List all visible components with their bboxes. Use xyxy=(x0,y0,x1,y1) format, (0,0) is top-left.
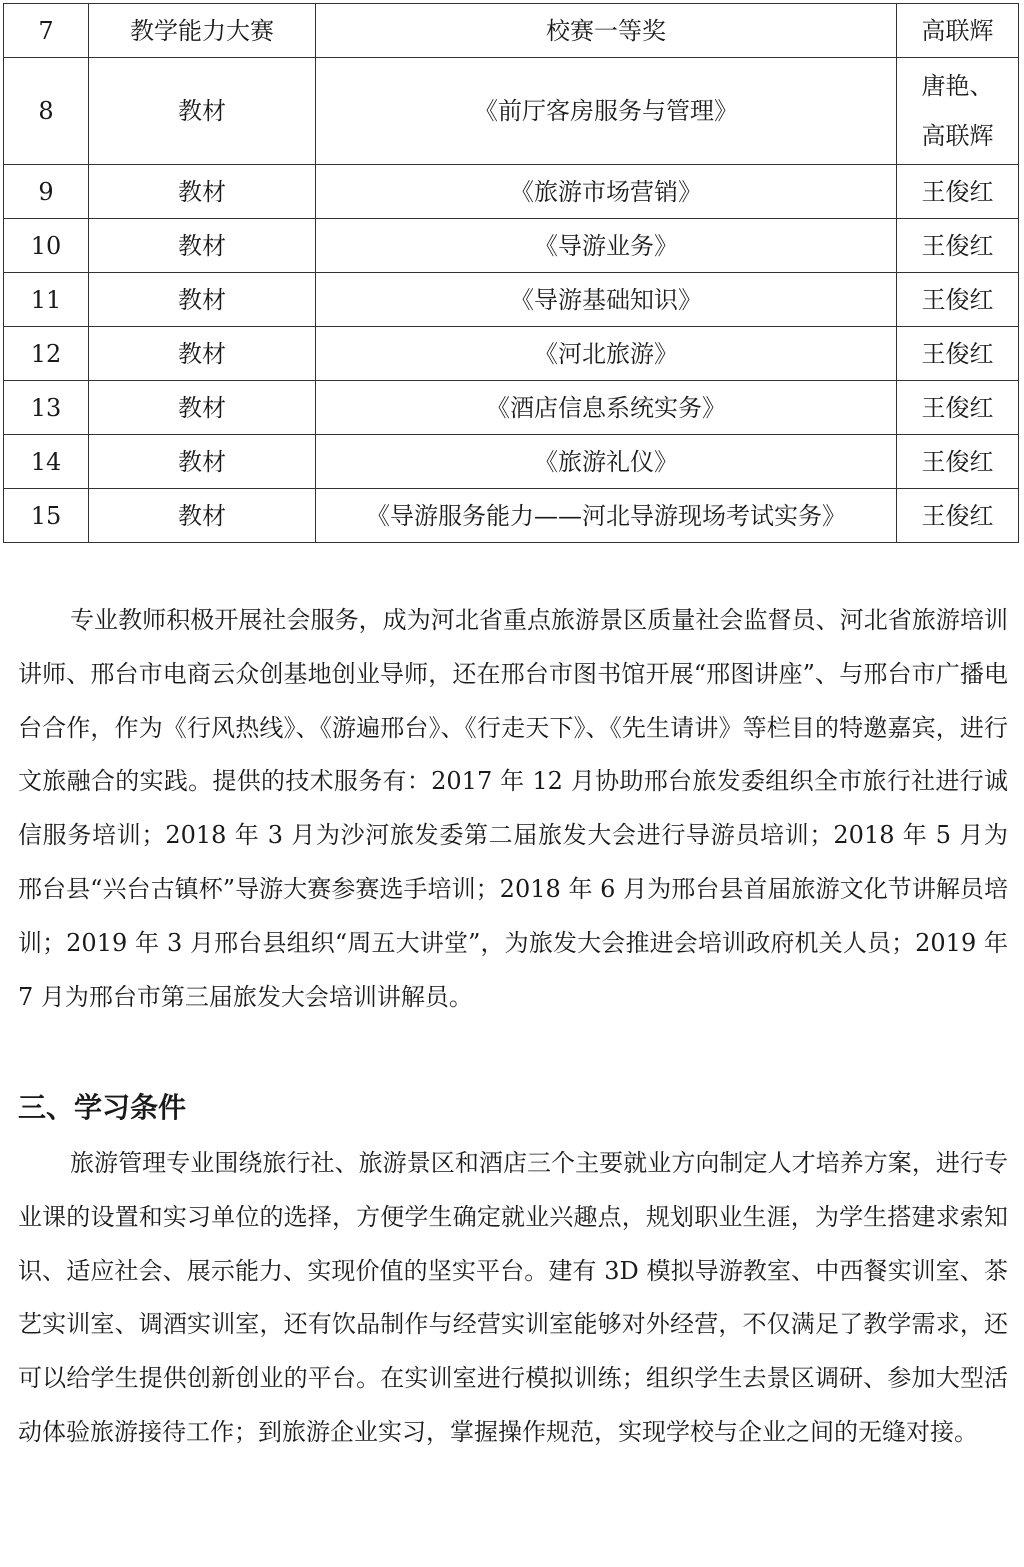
table-row: 13 教材 《酒店信息系统实务》 王俊红 xyxy=(4,381,1019,435)
achievements-table: 7 教学能力大赛 校赛一等奖 高联辉 8 教材 《前厅客房服务与管理》 唐艳、 … xyxy=(3,3,1019,543)
achievement-title: 《旅游市场营销》 xyxy=(316,165,897,219)
achievement-people: 王俊红 xyxy=(897,273,1019,327)
row-number: 7 xyxy=(4,4,89,58)
table-row: 7 教学能力大赛 校赛一等奖 高联辉 xyxy=(4,4,1019,58)
table-row: 14 教材 《旅游礼仪》 王俊红 xyxy=(4,435,1019,489)
achievement-title: 《酒店信息系统实务》 xyxy=(316,381,897,435)
person-name: 唐艳、 xyxy=(897,61,1018,111)
row-number: 11 xyxy=(4,273,89,327)
achievement-people: 高联辉 xyxy=(897,4,1019,58)
row-number: 10 xyxy=(4,219,89,273)
achievement-type: 教材 xyxy=(89,273,316,327)
table-row: 12 教材 《河北旅游》 王俊红 xyxy=(4,327,1019,381)
social-service-paragraph: 专业教师积极开展社会服务，成为河北省重点旅游景区质量社会监督员、河北省旅游培训讲… xyxy=(18,594,1008,1024)
learning-conditions-paragraph: 旅游管理专业围绕旅行社、旅游景区和酒店三个主要就业方向制定人才培养方案，进行专业… xyxy=(18,1137,1008,1460)
achievement-people: 王俊红 xyxy=(897,489,1019,543)
row-number: 15 xyxy=(4,489,89,543)
achievement-people: 王俊红 xyxy=(897,435,1019,489)
achievement-type: 教材 xyxy=(89,219,316,273)
table-row: 11 教材 《导游基础知识》 王俊红 xyxy=(4,273,1019,327)
achievement-people: 王俊红 xyxy=(897,219,1019,273)
achievement-type: 教材 xyxy=(89,58,316,165)
achievement-title: 《导游基础知识》 xyxy=(316,273,897,327)
achievement-type: 教材 xyxy=(89,165,316,219)
table-row: 8 教材 《前厅客房服务与管理》 唐艳、 高联辉 xyxy=(4,58,1019,165)
achievement-people: 王俊红 xyxy=(897,381,1019,435)
row-number: 14 xyxy=(4,435,89,489)
achievement-type: 教学能力大赛 xyxy=(89,4,316,58)
row-number: 12 xyxy=(4,327,89,381)
person-name: 高联辉 xyxy=(897,111,1018,161)
achievement-type: 教材 xyxy=(89,435,316,489)
achievement-type: 教材 xyxy=(89,381,316,435)
table-row: 15 教材 《导游服务能力——河北导游现场考试实务》 王俊红 xyxy=(4,489,1019,543)
row-number: 13 xyxy=(4,381,89,435)
achievement-type: 教材 xyxy=(89,327,316,381)
achievement-title: 《导游业务》 xyxy=(316,219,897,273)
achievement-title: 《河北旅游》 xyxy=(316,327,897,381)
achievement-people: 王俊红 xyxy=(897,165,1019,219)
achievement-people: 唐艳、 高联辉 xyxy=(897,58,1019,165)
achievement-type: 教材 xyxy=(89,489,316,543)
section-heading-learning-conditions: 三、学习条件 xyxy=(18,1083,186,1133)
achievement-title: 《导游服务能力——河北导游现场考试实务》 xyxy=(316,489,897,543)
row-number: 9 xyxy=(4,165,89,219)
achievement-title: 校赛一等奖 xyxy=(316,4,897,58)
achievement-people: 王俊红 xyxy=(897,327,1019,381)
table-row: 10 教材 《导游业务》 王俊红 xyxy=(4,219,1019,273)
row-number: 8 xyxy=(4,58,89,165)
achievement-title: 《旅游礼仪》 xyxy=(316,435,897,489)
achievement-title: 《前厅客房服务与管理》 xyxy=(316,58,897,165)
table-row: 9 教材 《旅游市场营销》 王俊红 xyxy=(4,165,1019,219)
